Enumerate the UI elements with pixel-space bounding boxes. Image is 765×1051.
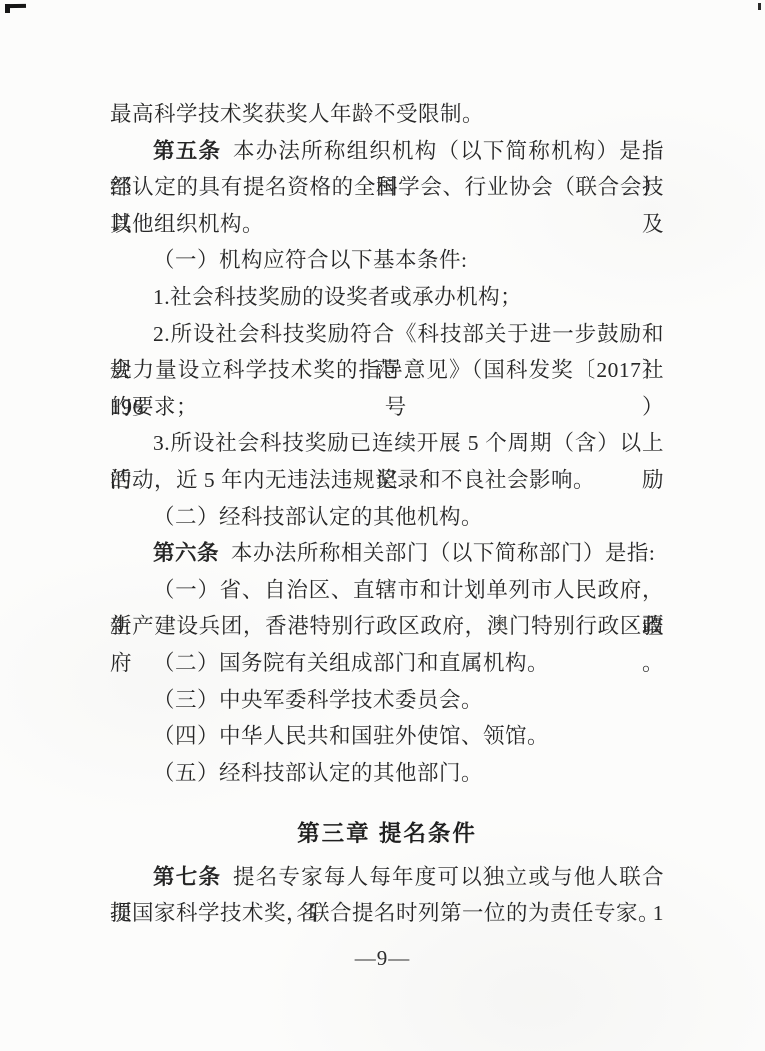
article-number: 第五条 <box>153 139 221 163</box>
line-text: 的要求； <box>110 395 198 419</box>
text-line: （三）中央军委科学技术委员会。 <box>110 682 664 719</box>
line-text: （五）经科技部认定的其他部门。 <box>153 761 483 785</box>
line-text: （一）机构应符合以下基本条件: <box>153 248 467 272</box>
line-text: （四）中华人民共和国驻外使馆、领馆。 <box>153 724 549 748</box>
article-number: 第六条 <box>153 541 219 565</box>
scan-corner-mark-top-right <box>758 3 761 10</box>
line-text: （二）国务院有关组成部门和直属机构。 <box>153 651 549 675</box>
scanned-document-page: 最高科学技术奖获奖人年龄不受限制。 第五条本办法所称组织机构（以下简称机构）是指… <box>0 0 765 1051</box>
text-line: 第五条本办法所称组织机构（以下简称机构）是指经科技 <box>110 133 664 170</box>
text-line: （一）省、自治区、直辖市和计划单列市人民政府，新疆 <box>110 572 664 609</box>
text-line: （四）中华人民共和国驻外使馆、领馆。 <box>110 718 664 755</box>
line-text: 项国家科学技术奖，联合提名时列第一位的为责任专家。 <box>110 901 660 925</box>
text-line: 第七条提名专家每人每年度可以独立或与他人联合提名 1 <box>110 859 664 896</box>
text-line: （二）经科技部认定的其他机构。 <box>110 499 664 536</box>
text-line: 3.所设社会科技奖励已连续开展 5 个周期（含）以上的奖励 <box>110 425 664 462</box>
text-line: 项国家科学技术奖，联合提名时列第一位的为责任专家。 <box>110 895 664 932</box>
page-number: —9— <box>0 946 765 971</box>
text-line: 生产建设兵团，香港特别行政区政府，澳门特别行政区政府。 <box>110 608 664 645</box>
line-text: 1.社会科技奖励的设奖者或承办机构； <box>153 285 522 309</box>
text-line: 会力量设立科学技术奖的指导意见》（国科发奖〔2017〕196 号） <box>110 352 664 389</box>
text-line: 2.所设社会科技奖励符合《科技部关于进一步鼓励和规范社 <box>110 316 664 353</box>
line-text: 活动，近 5 年内无违法违规记录和不良社会影响。 <box>110 468 595 492</box>
text-line: 最高科学技术奖获奖人年龄不受限制。 <box>110 96 664 133</box>
text-line: 第六条本办法所称相关部门（以下简称部门）是指: <box>110 535 664 572</box>
text-line: 1.社会科技奖励的设奖者或承办机构； <box>110 279 664 316</box>
document-body: 最高科学技术奖获奖人年龄不受限制。 第五条本办法所称组织机构（以下简称机构）是指… <box>110 96 664 932</box>
text-line: （一）机构应符合以下基本条件: <box>110 242 664 279</box>
text-line: 部认定的具有提名资格的全国学会、行业协会（联合会）以及 <box>110 169 664 206</box>
line-text: 本办法所称相关部门（以下简称部门）是指: <box>231 541 655 565</box>
text-line: （五）经科技部认定的其他部门。 <box>110 755 664 792</box>
line-text: 其他组织机构。 <box>110 212 264 236</box>
scan-corner-mark-top-left-nub <box>5 4 10 13</box>
line-text: 最高科学技术奖获奖人年龄不受限制。 <box>110 102 484 126</box>
article-number: 第七条 <box>153 865 221 889</box>
text-line: 活动，近 5 年内无违法违规记录和不良社会影响。 <box>110 462 664 499</box>
line-text: （二）经科技部认定的其他机构。 <box>153 505 483 529</box>
line-text: （三）中央军委科学技术委员会。 <box>153 688 483 712</box>
chapter-heading: 第三章 提名条件 <box>110 816 664 853</box>
